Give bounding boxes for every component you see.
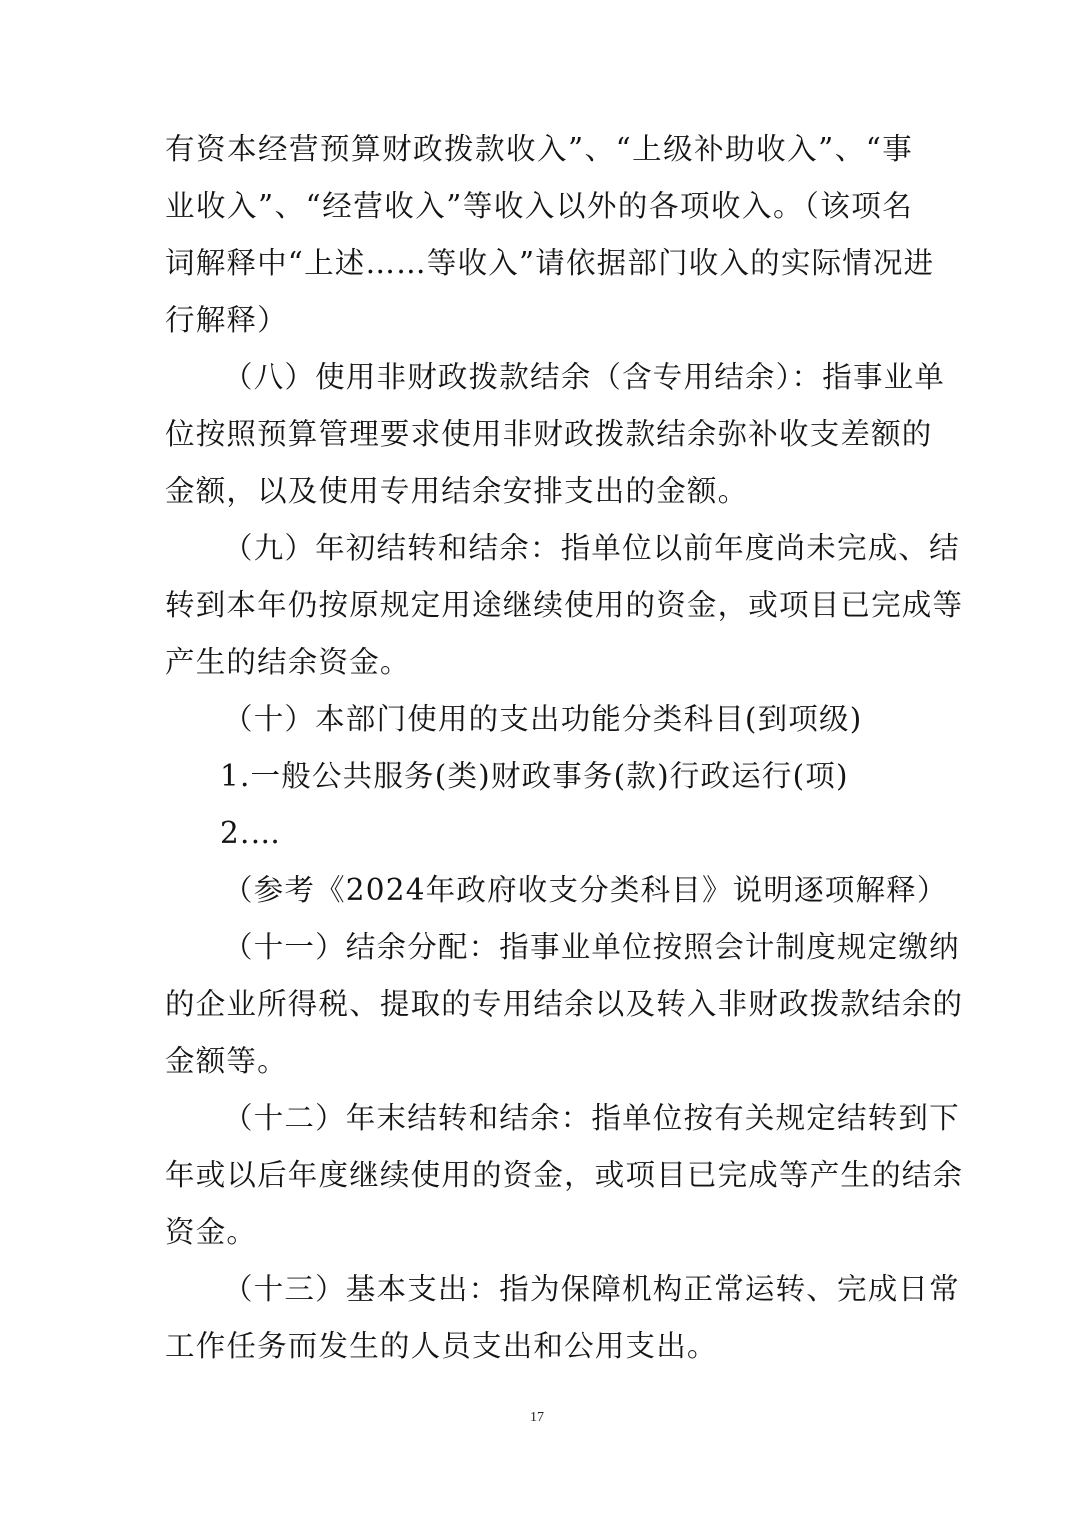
paragraph-line: 有资本经营预算财政拨款收入”、“上级补助收入”、“事 bbox=[165, 121, 913, 178]
paragraph-line: 转到本年仍按原规定用途继续使用的资金，或项目已完成等 bbox=[165, 577, 913, 634]
paragraph-line: 词解释中“上述……等收入”请依据部门收入的实际情况进 bbox=[165, 235, 913, 292]
list-item-1: 1.一般公共服务(类)财政事务(款)行政运行(项) bbox=[165, 748, 913, 805]
paragraph-line: 业收入”、“经营收入”等收入以外的各项收入。（该项名 bbox=[165, 178, 913, 235]
paragraph-line: 的企业所得税、提取的专用结余以及转入非财政拨款结余的 bbox=[165, 976, 913, 1033]
section-9-heading-line: （九）年初结转和结余：指单位以前年度尚未完成、结 bbox=[165, 520, 913, 577]
section-10-heading-line: （十）本部门使用的支出功能分类科目(到项级) bbox=[165, 691, 913, 748]
section-12-heading-line: （十二）年末结转和结余：指单位按有关规定结转到下 bbox=[165, 1090, 913, 1147]
paragraph-line: 资金。 bbox=[165, 1204, 913, 1261]
paragraph-line: 年或以后年度继续使用的资金，或项目已完成等产生的结余 bbox=[165, 1147, 913, 1204]
page-number: 17 bbox=[0, 1410, 1074, 1426]
paragraph-line: 工作任务而发生的人员支出和公用支出。 bbox=[165, 1318, 913, 1375]
paragraph-line: 行解释） bbox=[165, 292, 913, 349]
reference-note: （参考《2024年政府收支分类科目》说明逐项解释） bbox=[165, 862, 913, 919]
list-item-2: 2.… bbox=[165, 805, 913, 862]
section-13-heading-line: （十三）基本支出：指为保障机构正常运转、完成日常 bbox=[165, 1261, 913, 1318]
section-11-heading-line: （十一）结余分配：指事业单位按照会计制度规定缴纳 bbox=[165, 919, 913, 976]
section-8-heading-line: （八）使用非财政拨款结余（含专用结余）：指事业单 bbox=[165, 349, 913, 406]
document-body: 有资本经营预算财政拨款收入”、“上级补助收入”、“事 业收入”、“经营收入”等收… bbox=[165, 121, 913, 1375]
paragraph-line: 产生的结余资金。 bbox=[165, 634, 913, 691]
paragraph-line: 金额，以及使用专用结余安排支出的金额。 bbox=[165, 463, 913, 520]
paragraph-line: 金额等。 bbox=[165, 1033, 913, 1090]
paragraph-line: 位按照预算管理要求使用非财政拨款结余弥补收支差额的 bbox=[165, 406, 913, 463]
document-page: 有资本经营预算财政拨款收入”、“上级补助收入”、“事 业收入”、“经营收入”等收… bbox=[0, 0, 1074, 1520]
